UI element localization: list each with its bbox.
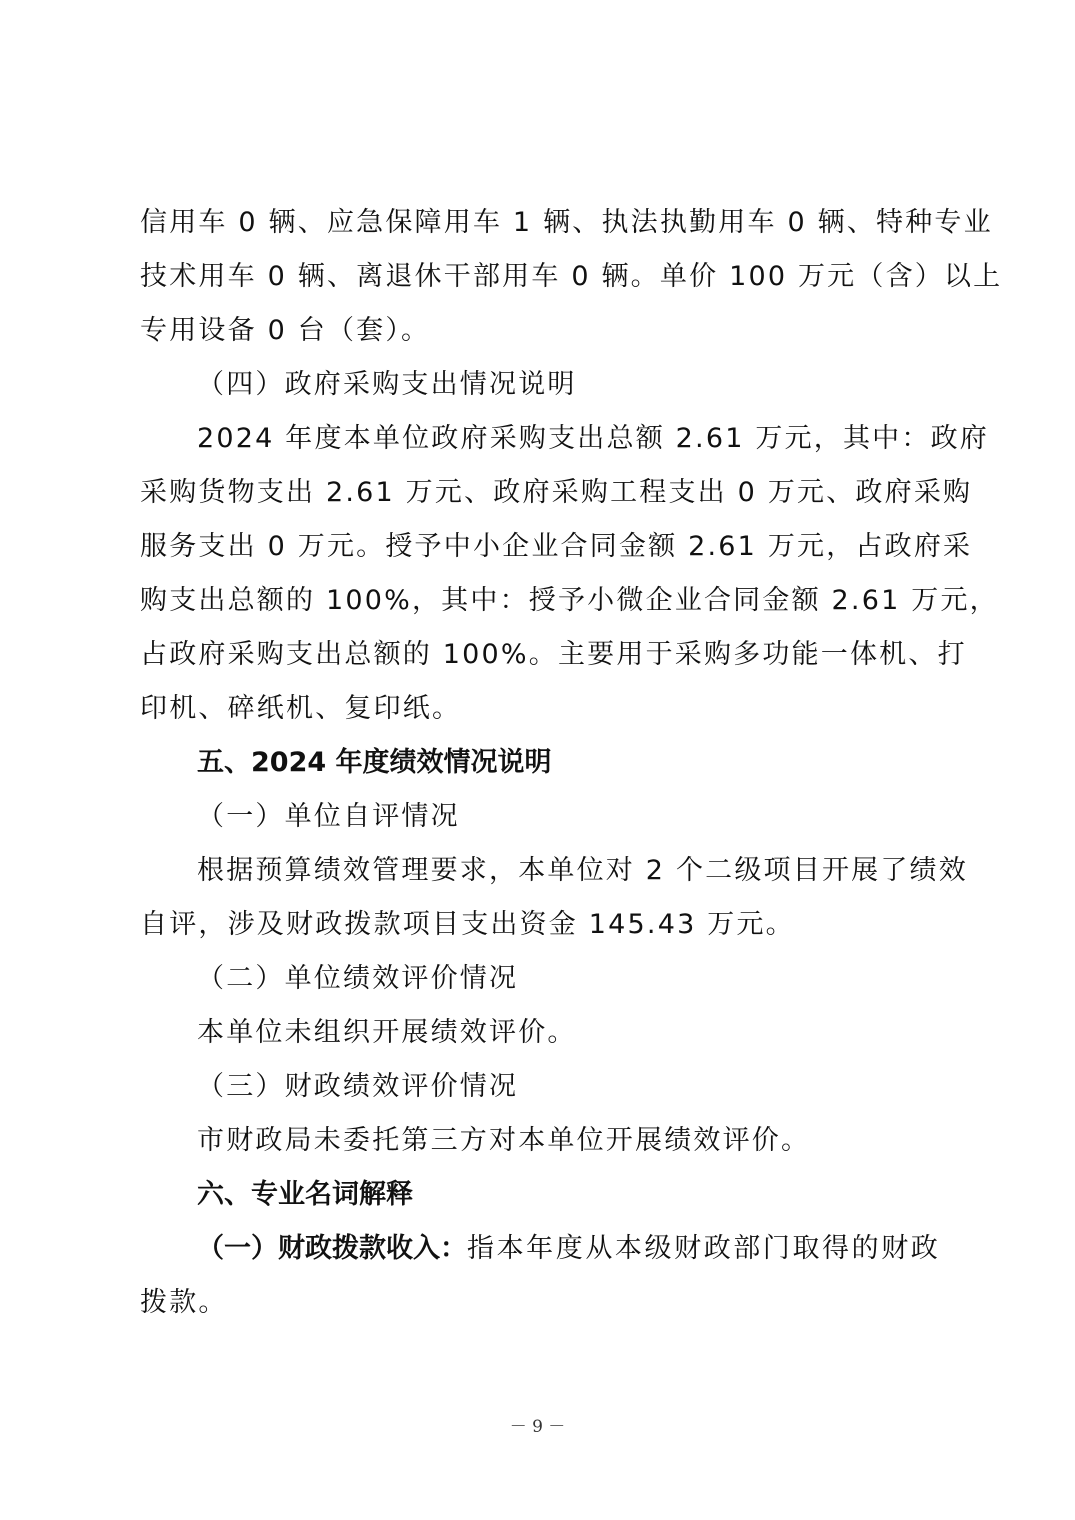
paragraph-line: 占政府采购支出总额的 100%。主要用于采购多功能一体机、打 xyxy=(140,637,940,673)
chapter-heading-glossary: 六、专业名词解释 xyxy=(197,1177,997,1213)
section-heading-fiscal-evaluation: （三）财政绩效评价情况 xyxy=(197,1069,997,1105)
section-heading-unit-evaluation: （二）单位绩效评价情况 xyxy=(197,961,997,997)
section-heading-procurement: （四）政府采购支出情况说明 xyxy=(197,367,997,403)
paragraph-line: 服务支出 0 万元。授予中小企业合同金额 2.61 万元，占政府采 xyxy=(140,529,940,565)
paragraph-line: 信用车 0 辆、应急保障用车 1 辆、执法执勤用车 0 辆、特种专业 xyxy=(140,205,940,241)
page-number: － 9 － xyxy=(0,1412,1075,1437)
chapter-heading-performance: 五、2024 年度绩效情况说明 xyxy=(197,745,997,781)
paragraph-line: 技术用车 0 辆、离退休干部用车 0 辆。单价 100 万元（含）以上 xyxy=(140,259,940,295)
paragraph-line: 采购货物支出 2.61 万元、政府采购工程支出 0 万元、政府采购 xyxy=(140,475,940,511)
paragraph-line: 本单位未组织开展绩效评价。 xyxy=(197,1015,997,1051)
glossary-definition: 指本年度从本级财政部门取得的财政 xyxy=(467,1231,940,1267)
paragraph-line: 市财政局未委托第三方对本单位开展绩效评价。 xyxy=(197,1123,997,1159)
document-page: 信用车 0 辆、应急保障用车 1 辆、执法执勤用车 0 辆、特种专业 技术用车 … xyxy=(0,0,1075,1520)
glossary-term-line: （一）财政拨款收入： 指本年度从本级财政部门取得的财政 xyxy=(197,1231,940,1267)
paragraph-line: 2024 年度本单位政府采购支出总额 2.61 万元，其中：政府 xyxy=(197,421,940,457)
paragraph-line: 购支出总额的 100%，其中：授予小微企业合同金额 2.61 万元， xyxy=(140,583,940,619)
paragraph-line: 自评，涉及财政拨款项目支出资金 145.43 万元。 xyxy=(140,907,940,943)
glossary-term: （一）财政拨款收入： xyxy=(197,1231,467,1267)
paragraph-line: 印机、碎纸机、复印纸。 xyxy=(140,691,940,727)
paragraph-line: 根据预算绩效管理要求，本单位对 2 个二级项目开展了绩效 xyxy=(197,853,940,889)
section-heading-self-evaluation: （一）单位自评情况 xyxy=(197,799,997,835)
paragraph-line: 拨款。 xyxy=(140,1285,940,1321)
paragraph-line: 专用设备 0 台（套）。 xyxy=(140,313,940,349)
